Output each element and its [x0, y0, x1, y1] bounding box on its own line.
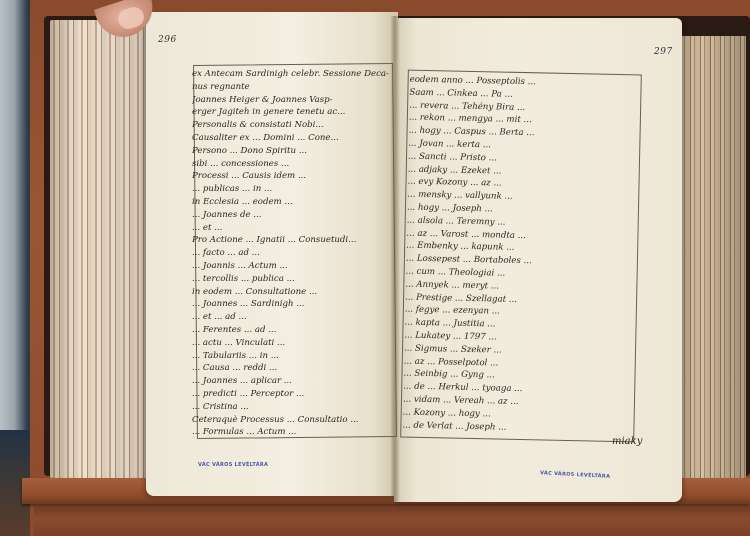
handwritten-line: ... Joannes ... Sardinigh ...: [192, 298, 396, 311]
handwritten-line: ex Antecam Sardinigh celebr. Sessione De…: [192, 68, 396, 81]
handwritten-line: Ceteraquè Processus ... Consultatio ...: [192, 414, 396, 427]
handwritten-line: ... actu ... Vinculati ...: [192, 337, 396, 350]
handwritten-line: Persono ... Dono Spiritu ...: [192, 145, 396, 158]
handwritten-line: Joannes Heiger & Joannes Vasp-: [192, 94, 396, 107]
handwritten-line: Processi ... Causis idem ...: [192, 170, 396, 183]
stand-base: [34, 506, 750, 536]
left-page-number: 296: [158, 35, 177, 45]
handwritten-line: ... Tabulariis ... in ...: [192, 350, 396, 363]
handwritten-line: ... Joannes de ...: [192, 209, 396, 222]
handwritten-line: Causaliter ex ... Domini ... Cone...: [192, 132, 396, 145]
handwritten-line: ... predicti ... Perceptor ...: [192, 388, 396, 401]
handwritten-line: nus regnante: [192, 81, 396, 94]
signature: miaky: [612, 436, 642, 447]
left-handwritten-text: ex Antecam Sardinigh celebr. Sessione De…: [192, 68, 396, 438]
handwritten-line: ... Joannes ... aplicar ...: [192, 375, 396, 388]
handwritten-line: ... Joannis ... Actum ...: [192, 260, 396, 273]
handwritten-line: ... Causa ... reddi ...: [192, 362, 396, 375]
handwritten-line: ... et ... ad ...: [192, 311, 396, 324]
left-page-block-shade: [50, 20, 150, 478]
right-page-number: 297: [654, 47, 673, 57]
handwritten-line: in eodem ... Consultatione ...: [192, 286, 396, 299]
left-archive-stamp: VÁC VÁROS LEVÉLTÁRA: [198, 462, 268, 468]
handwritten-line: ... tercollis ... publica ...: [192, 273, 396, 286]
handwritten-line: sibi ... concessiones ...: [192, 158, 396, 171]
handwritten-line: ... Formulas ... Actum ...: [192, 426, 396, 438]
handwritten-line: Pro Actione ... Ignatii ... Consuetudi..…: [192, 234, 396, 247]
handwritten-line: erger Jagiteh in genere tenetu ac...: [192, 106, 396, 119]
handwritten-line: ... et ...: [192, 222, 396, 235]
handwritten-line: ... publicas ... in ...: [192, 183, 396, 196]
right-handwritten-text: eodem anno ... Posseptolis ...Saam ... C…: [402, 74, 642, 441]
handwritten-line: ... Cristina ...: [192, 401, 396, 414]
handwritten-line: ... facto ... ad ...: [192, 247, 396, 260]
handwritten-line: ... Ferentes ... ad ...: [192, 324, 396, 337]
handwritten-line: in Ecclesia ... eodem ...: [192, 196, 396, 209]
handwritten-line: Personalis & consistati Nobi...: [192, 119, 396, 132]
